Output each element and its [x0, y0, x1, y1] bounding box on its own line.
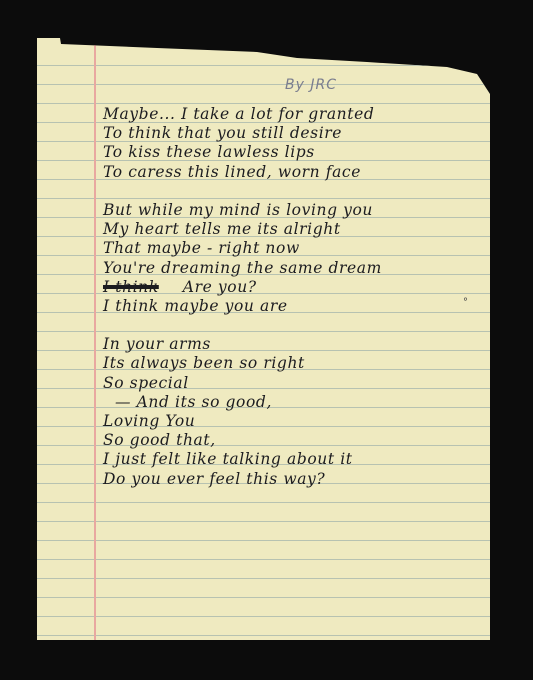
struck-out-text: I think — [103, 278, 159, 296]
lyric-fragment: Are you? — [183, 278, 257, 296]
lyric-line: I think maybe you are — [103, 297, 483, 316]
lyric-line: — And its so good, — [103, 393, 483, 412]
lyric-line-with-strikeout: I thinkAre you? — [103, 278, 483, 297]
lyric-line: But while my mind is loving you — [103, 201, 483, 220]
lyric-line: To think that you still desire — [103, 124, 483, 143]
lyric-line: You're dreaming the same dream — [103, 259, 483, 278]
stanza-2: But while my mind is loving you My heart… — [103, 201, 483, 316]
lyric-line: That maybe - right now — [103, 239, 483, 258]
lyrics-body: Maybe... I take a lot for granted To thi… — [103, 105, 483, 489]
lyric-line: Its always been so right — [103, 354, 483, 373]
author-initials: By JRC — [285, 77, 337, 93]
lyric-line: Loving You — [103, 412, 483, 431]
lyric-line: I just felt like talking about it — [103, 450, 483, 469]
lyric-line: In your arms — [103, 335, 483, 354]
lyric-line: To caress this lined, worn face — [103, 163, 483, 182]
lyric-line: Do you ever feel this way? — [103, 470, 483, 489]
lyric-line: So special — [103, 374, 483, 393]
ink-mark-icon: ° — [463, 297, 468, 308]
lyric-line: My heart tells me its alright — [103, 220, 483, 239]
lyric-line: So good that, — [103, 431, 483, 450]
stanza-1: Maybe... I take a lot for granted To thi… — [103, 105, 483, 182]
lyric-line: To kiss these lawless lips — [103, 143, 483, 162]
stanza-3: In your arms Its always been so right So… — [103, 335, 483, 489]
lyric-line: Maybe... I take a lot for granted — [103, 105, 483, 124]
stanza-gap — [103, 182, 483, 201]
stanza-gap — [103, 316, 483, 335]
